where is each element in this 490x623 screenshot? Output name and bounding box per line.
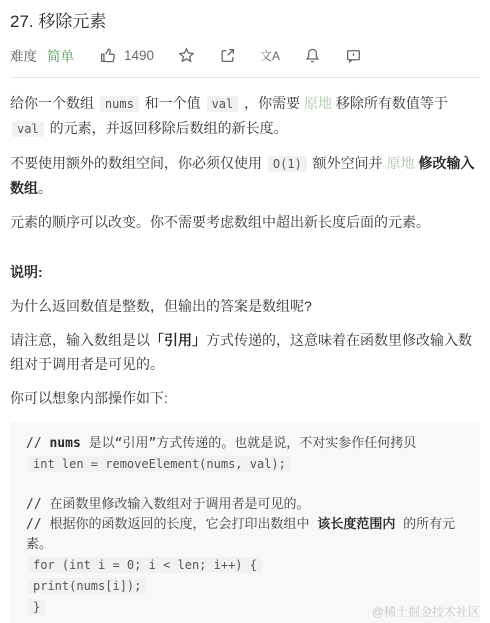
code-comment: // xyxy=(26,436,49,451)
code-comment: // 在函数里修改输入数组对于调用者是可见的。 xyxy=(26,497,309,512)
share-button[interactable] xyxy=(219,47,236,64)
meta-toolbar: 难度 简单 1490 文A xyxy=(10,45,480,65)
divider xyxy=(10,77,480,78)
paragraph: 你可以想象内部操作如下: xyxy=(10,386,480,410)
like-count: 1490 xyxy=(124,48,154,63)
like-button[interactable]: 1490 xyxy=(100,47,154,64)
thumbs-up-icon xyxy=(100,47,117,64)
inline-code: nums xyxy=(100,96,139,112)
page-title: 27. 移除元素 xyxy=(10,11,480,33)
inline-link[interactable]: 原地 xyxy=(304,95,332,111)
code-line: // 在函数里修改输入数组对于调用者是可见的。 xyxy=(26,495,464,515)
code-line: // 根据你的函数返回的长度，它会打印出数组中 该长度范围内 的所有元素。 xyxy=(26,515,464,555)
problem-description: 给你一个数组 nums 和一个值 val ，你需要 原地 移除所有数值等于 va… xyxy=(10,91,480,410)
text-segment: 元素的顺序可以改变。你不需要考虑数组中超出新长度后面的元素。 xyxy=(10,214,430,230)
code-line: for (int i = 0; i < len; i++) { xyxy=(26,555,464,576)
inline-code: val xyxy=(12,121,44,137)
inline-code: print(nums[i]); xyxy=(28,578,146,594)
paragraph: 说明: xyxy=(10,260,480,284)
code-comment-bold: 该长度范围内 xyxy=(317,517,395,532)
text-segment: 。 xyxy=(38,180,52,196)
paragraph: 元素的顺序可以改变。你不需要考虑数组中超出新长度后面的元素。 xyxy=(10,210,480,234)
star-button[interactable] xyxy=(178,47,195,64)
paragraph: 不要使用额外的数组空间，你必须仅使用 O(1) 额外空间并 原地 修改输入数组。 xyxy=(10,151,480,200)
feedback-icon xyxy=(345,47,362,64)
paragraph: 给你一个数组 nums 和一个值 val ，你需要 原地 移除所有数值等于 va… xyxy=(10,91,480,141)
text-segment: 为什么返回数值是整数，但输出的答案是数组呢? xyxy=(10,298,312,314)
bold-text: 说明: xyxy=(10,264,43,280)
difficulty-label: 难度 xyxy=(10,45,37,65)
text-segment: 给你一个数组 xyxy=(10,95,98,111)
code-line: print(nums[i]); xyxy=(26,576,464,597)
bold-text: 「引用」 xyxy=(150,332,206,348)
text-segment: 不要使用额外的数组空间，你必须仅使用 xyxy=(10,155,266,171)
star-icon xyxy=(178,47,195,64)
inline-code: int len = removeElement(nums, val); xyxy=(28,456,291,472)
text-segment: 你可以想象内部操作如下: xyxy=(10,390,168,406)
bell-icon xyxy=(304,47,321,64)
inline-code: O(1) xyxy=(268,156,307,172)
inline-code: } xyxy=(28,599,45,615)
inline-code: for (int i = 0; i < len; i++) { xyxy=(28,557,262,573)
inline-code: val xyxy=(207,96,239,112)
translate-icon: 文A xyxy=(260,47,280,64)
code-block: // nums 是以“引用”方式传递的。也就是说，不对实参作任何拷贝int le… xyxy=(10,422,480,623)
difficulty-badge: 简单 xyxy=(47,45,74,65)
translate-button[interactable]: 文A xyxy=(260,47,280,64)
code-line: // nums 是以“引用”方式传递的。也就是说，不对实参作任何拷贝 xyxy=(26,434,464,454)
code-line xyxy=(26,475,464,495)
code-comment: // 根据你的函数返回的长度，它会打印出数组中 xyxy=(26,517,317,532)
code-line: int len = removeElement(nums, val); xyxy=(26,454,464,475)
share-icon xyxy=(219,47,236,64)
text-segment: 和一个值 xyxy=(141,95,205,111)
notification-button[interactable] xyxy=(304,47,321,64)
text-segment: 的元素，并返回移除后数组的新长度。 xyxy=(46,120,288,136)
code-comment-bold: nums xyxy=(49,436,80,451)
text-segment: 请注意，输入数组是以 xyxy=(10,332,150,348)
text-segment: 移除所有数值等于 xyxy=(332,95,448,111)
text-segment: 额外空间并 xyxy=(309,155,387,171)
paragraph: 请注意，输入数组是以「引用」方式传递的，这意味着在函数里修改输入数组对于调用者是… xyxy=(10,328,480,376)
paragraph: 为什么返回数值是整数，但输出的答案是数组呢? xyxy=(10,294,480,318)
code-comment: 是以“引用”方式传递的。也就是说，不对实参作任何拷贝 xyxy=(81,436,416,451)
text-segment: ，你需要 xyxy=(240,95,304,111)
watermark: @稀土掘金技术社区 xyxy=(372,603,480,620)
inline-link[interactable]: 原地 xyxy=(387,155,415,171)
feedback-button[interactable] xyxy=(345,47,362,64)
